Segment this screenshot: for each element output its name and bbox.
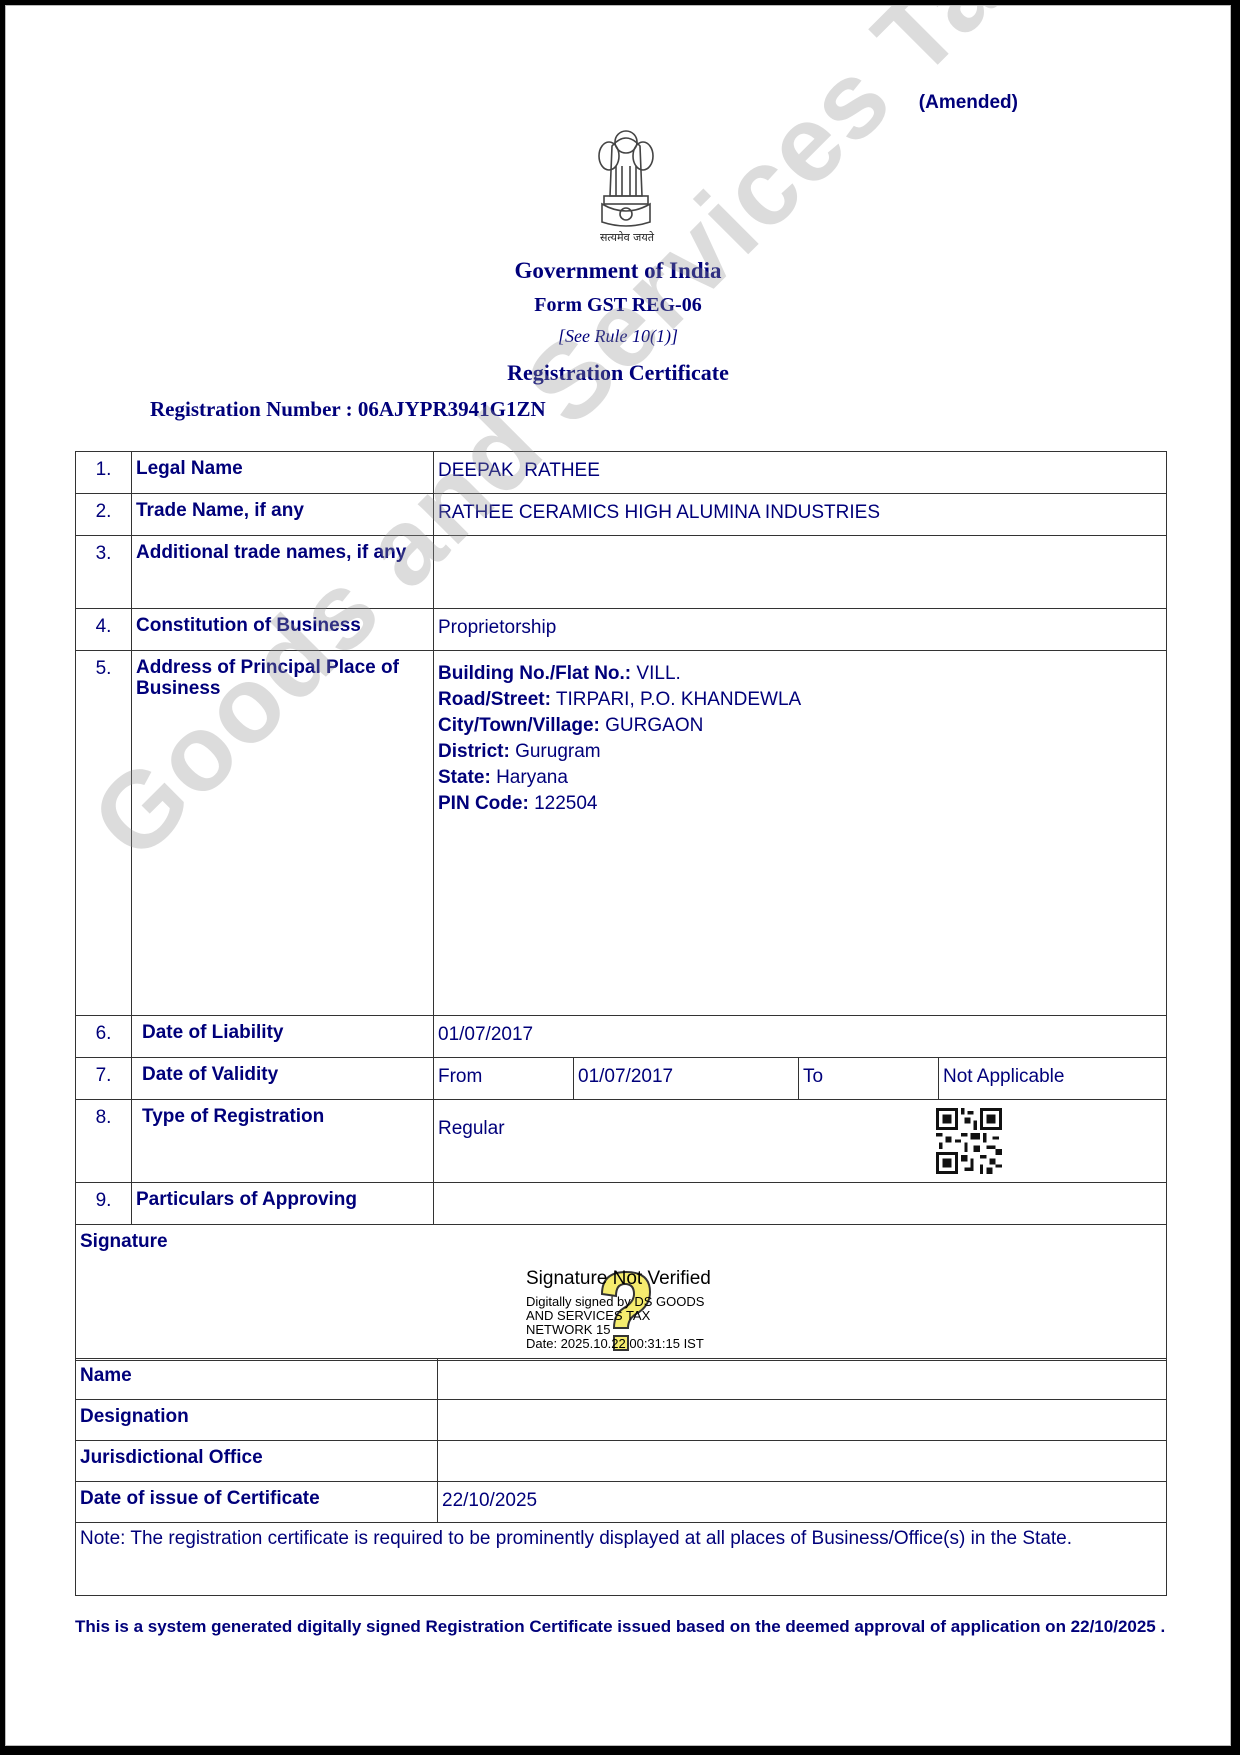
address-road: Road/Street: TIRPARI, P.O. KHANDEWLA bbox=[438, 687, 1162, 713]
national-emblem-icon bbox=[590, 126, 662, 244]
signature-detail-3: NETWORK 15 bbox=[526, 1323, 711, 1337]
table-row: 8. Type of Registration Regular bbox=[76, 1100, 1167, 1183]
table-row: 2. Trade Name, if any RATHEE CERAMICS HI… bbox=[76, 494, 1167, 536]
row-number: 5. bbox=[76, 651, 132, 1016]
table-row: 1. Legal Name DEEPAK RATHEE bbox=[76, 452, 1167, 494]
qr-code-icon bbox=[936, 1108, 1002, 1174]
row-label: Trade Name, if any bbox=[132, 494, 434, 536]
table-row: 4. Constitution of Business Proprietorsh… bbox=[76, 609, 1167, 651]
address-state: State: Haryana bbox=[438, 765, 1162, 791]
table-row: Note: The registration certificate is re… bbox=[76, 1523, 1167, 1596]
row-number: 1. bbox=[76, 452, 132, 494]
trade-name-value: RATHEE CERAMICS HIGH ALUMINA INDUSTRIES bbox=[434, 494, 1167, 536]
emblem-motto: सत्यमेव जयते bbox=[582, 230, 672, 245]
table-row: Date of issue of Certificate 22/10/2025 bbox=[76, 1482, 1167, 1523]
address-city: City/Town/Village: GURGAON bbox=[438, 713, 1162, 739]
jurisdictional-office-value bbox=[438, 1441, 1167, 1482]
table-row: 5. Address of Principal Place of Busines… bbox=[76, 651, 1167, 1016]
system-generated-notice: This is a system generated digitally sig… bbox=[75, 1613, 1175, 1640]
certificate-title: Registration Certificate bbox=[6, 360, 1230, 386]
rule-reference: [See Rule 10(1)] bbox=[6, 326, 1230, 347]
row-number: 6. bbox=[76, 1016, 132, 1058]
officer-details-table: Name Designation Jurisdictional Office D… bbox=[75, 1358, 1167, 1596]
validity-from-label: From bbox=[434, 1058, 574, 1100]
amended-label: (Amended) bbox=[919, 92, 1018, 114]
address-pin: PIN Code: 122504 bbox=[438, 791, 1162, 817]
signature-status: Signature Not Verified bbox=[526, 1268, 711, 1290]
issue-date-label: Date of issue of Certificate bbox=[76, 1482, 438, 1523]
row-label: Type of Registration bbox=[132, 1100, 434, 1183]
address-building: Building No./Flat No.: VILL. bbox=[438, 661, 1162, 687]
jurisdictional-office-label: Jurisdictional Office bbox=[76, 1441, 438, 1482]
row-number: 3. bbox=[76, 536, 132, 609]
validity-to-label: To bbox=[799, 1058, 939, 1100]
certificate-page: (Amended) सत्यमेव जयते Government of Ind… bbox=[5, 5, 1231, 1746]
address-value: Building No./Flat No.: VILL. Road/Street… bbox=[434, 651, 1167, 1016]
form-name: Form GST REG-06 bbox=[6, 294, 1230, 317]
registration-type-cell: Regular bbox=[434, 1100, 1167, 1183]
issue-date-value: 22/10/2025 bbox=[438, 1482, 1167, 1523]
row-number: 9. bbox=[76, 1183, 132, 1225]
row-number: 7. bbox=[76, 1058, 132, 1100]
validity-to-value: Not Applicable bbox=[939, 1058, 1167, 1100]
row-number: 4. bbox=[76, 609, 132, 651]
approving-particulars-value bbox=[434, 1183, 1167, 1225]
row-number: 2. bbox=[76, 494, 132, 536]
row-number: 8. bbox=[76, 1100, 132, 1183]
table-row: Jurisdictional Office bbox=[76, 1441, 1167, 1482]
table-row: 7. Date of Validity From 01/07/2017 To N… bbox=[76, 1058, 1167, 1100]
display-note: Note: The registration certificate is re… bbox=[76, 1523, 1167, 1596]
table-row: 6. Date of Liability 01/07/2017 bbox=[76, 1016, 1167, 1058]
row-label: Particulars of Approving bbox=[132, 1183, 434, 1225]
officer-name-label: Name bbox=[76, 1359, 438, 1400]
officer-name-value bbox=[438, 1359, 1167, 1400]
table-row: Designation bbox=[76, 1400, 1167, 1441]
table-row: 9. Particulars of Approving bbox=[76, 1183, 1167, 1225]
signature-label: Signature bbox=[80, 1231, 168, 1252]
row-label: Date of Validity bbox=[132, 1058, 434, 1100]
digital-signature-block: Signature Not Verified Digitally signed … bbox=[526, 1268, 711, 1351]
registration-type-value: Regular bbox=[438, 1118, 505, 1139]
row-label: Additional trade names, if any bbox=[132, 536, 434, 609]
row-label: Date of Liability bbox=[132, 1016, 434, 1058]
signature-detail-2: AND SERVICES TAX bbox=[526, 1309, 711, 1323]
additional-trade-names-value bbox=[434, 536, 1167, 609]
government-title: Government of India bbox=[6, 258, 1230, 284]
registration-number: Registration Number : 06AJYPR3941G1ZN bbox=[150, 397, 546, 422]
row-label: Legal Name bbox=[132, 452, 434, 494]
constitution-value: Proprietorship bbox=[434, 609, 1167, 651]
signature-date: Date: 2025.10.22 00:31:15 IST bbox=[526, 1337, 711, 1351]
registration-number-value: 06AJYPR3941G1ZN bbox=[358, 397, 546, 421]
validity-from-value: 01/07/2017 bbox=[574, 1058, 799, 1100]
table-row: 3. Additional trade names, if any bbox=[76, 536, 1167, 609]
row-label: Address of Principal Place of Business bbox=[132, 651, 434, 1016]
date-of-liability-value: 01/07/2017 bbox=[434, 1016, 1167, 1058]
legal-name-value: DEEPAK RATHEE bbox=[434, 452, 1167, 494]
signature-detail-1: Digitally signed by DS GOODS bbox=[526, 1295, 711, 1309]
address-district: District: Gurugram bbox=[438, 739, 1162, 765]
row-label: Constitution of Business bbox=[132, 609, 434, 651]
table-row: Name bbox=[76, 1359, 1167, 1400]
designation-label: Designation bbox=[76, 1400, 438, 1441]
designation-value bbox=[438, 1400, 1167, 1441]
registration-number-label: Registration Number : bbox=[150, 397, 353, 421]
registration-details-table: 1. Legal Name DEEPAK RATHEE 2. Trade Nam… bbox=[75, 451, 1167, 1361]
